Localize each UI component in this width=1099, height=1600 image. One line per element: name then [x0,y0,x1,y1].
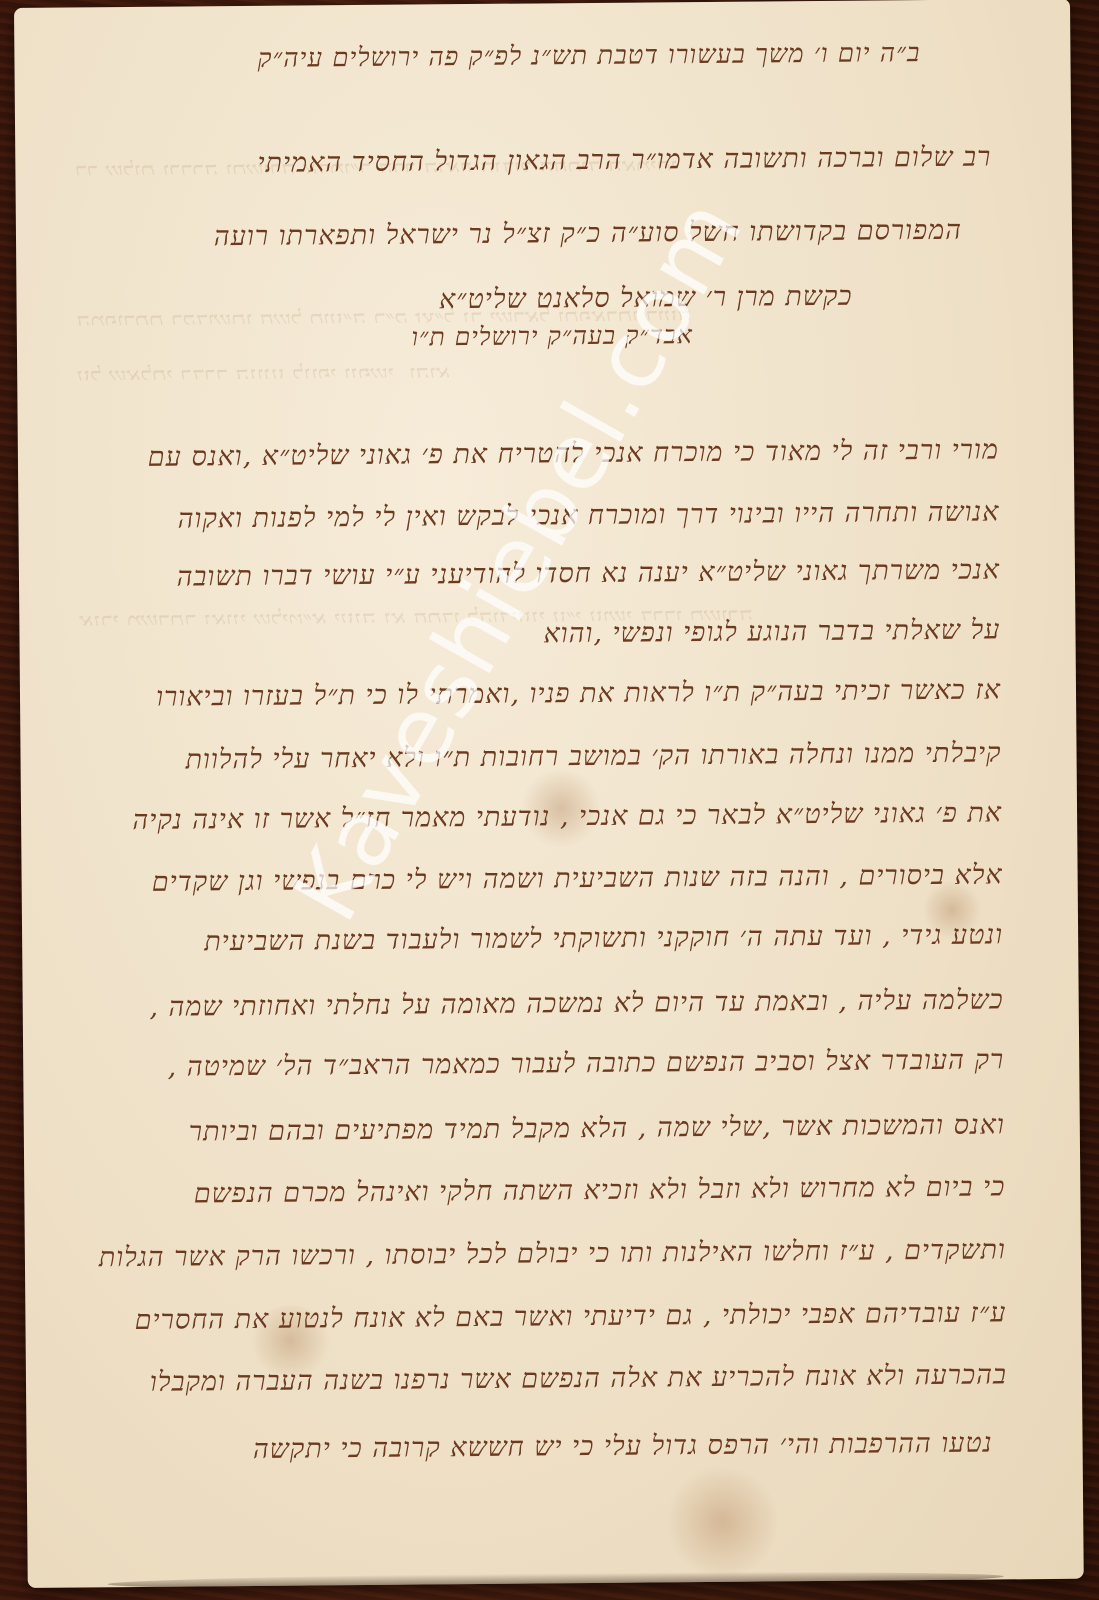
body-line: אז כאשר זכיתי בעה״ק ת״ו לראות את פניו ,ו… [156,674,1001,714]
body-line: רק העובדר אצל וסביב הנפשם כתובה לעבור כמ… [167,1044,1004,1084]
body-line: כשלמה עליה , ובאמת עד היום לא נמשכה מאומ… [149,984,1004,1024]
body-line: אלא ביסורים , והנה בזה שנות השביעית ושמה… [152,859,1003,899]
body-line: ותשקדים , ע״ז וחלשו האילנות ותו כי יבולם… [99,1234,1006,1274]
body-line: ע״ז עובדיהם אפבי יכולתי , גם ידיעתי ואשר… [135,1297,1007,1337]
body-line: ואנס והמשכות אשר ,שלי שמה , הלא מקבל תמי… [189,1109,1005,1149]
salutation-line: רב שלום וברכה ותשובה אדמו״ר הרב הגאון הג… [257,141,991,180]
body-line: על שאלתי בדבר הנוגע לגופי ונפשי ,והוא [543,614,1000,650]
body-line: נטעו ההרפבות והי׳ הרפס גדול עלי כי יש חש… [253,1428,993,1467]
salutation-line: המפורסם בקדושתו חשל סוע״ה כ״ק זצ״ל נר יש… [214,215,962,254]
body-line: כי ביום לא מחרוש ולא וזבל ולא וזכיא השתה… [194,1171,1006,1210]
body-line: אנכי משרתך גאוני שליט״א יענה נא חסדו להו… [176,554,1000,594]
body-line: את פ׳ גאוני שליט״א לבאר כי גם אנכי , נוד… [132,797,1002,837]
body-line: אנושה ותחרה הייו ובינוי דרך ומוכרח אנכי … [178,496,1000,536]
letter-paper: רב שלום וברכה ותשובה אדמו״ר הרב הגאון הג… [14,0,1084,1588]
paper-bottom-shadow [108,1569,1004,1588]
salutation-line: כקשת מרן ר׳ שמואל סלאנט שליט״א [439,281,853,317]
body-line: מורי ורבי זה לי מאוד כי מוכרח אנכי להטרי… [148,434,1000,474]
salutation-line: אבד״ק בעה״ק ירושלים ת״ו [411,320,693,352]
bleed-through: על שאלתי בדבר הנוגע לגופי ונפשי ,והוא [77,354,1013,380]
body-line: ונטע גידי , ועד עתה ה׳ חוקקני ותשוקתי לש… [204,919,1003,958]
body-line: בהכרעה ולא אונח להכריע את אלה הנפשם אשר … [150,1359,1007,1399]
date-line: ב״ה יום ו׳ משך בעשורו דטבת תש״נ לפ״ק פה … [257,38,920,75]
paper-stain [667,1461,778,1582]
body-line: קיבלתי ממנו ונחלה באורתו הק׳ במושב רחובו… [185,737,1001,777]
